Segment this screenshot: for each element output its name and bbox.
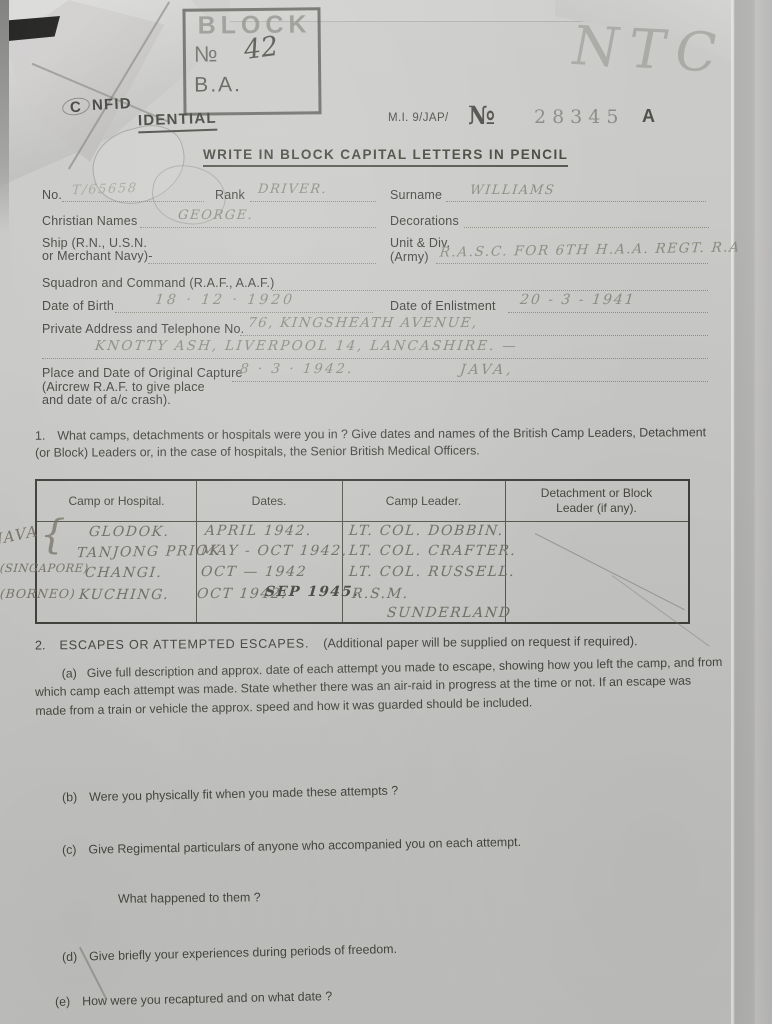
confidential-stamp-part2: IDENTIAL	[138, 110, 217, 134]
subquestion-e-text: How were you recaptured and on what date…	[82, 989, 332, 1008]
subquestion-b-label: (b)	[62, 790, 77, 804]
left-edge-shadow	[0, 0, 9, 235]
field-capture-date-value: 8 · 3 · 1942.	[239, 361, 355, 377]
field-rank-label: Rank	[215, 188, 245, 202]
field-christian-value: GEORGE.	[177, 208, 254, 223]
field-squadron-label: Squadron and Command (R.A.F., A.A.F.)	[42, 276, 275, 290]
camp-table: Camp or Hospital. Dates. Camp Leader. De…	[35, 479, 690, 624]
subquestion-d-text: Give briefly your experiences during per…	[89, 942, 397, 964]
field-line	[250, 200, 376, 202]
field-dob-value: 18 · 12 · 1920	[154, 292, 296, 308]
field-line	[148, 262, 376, 264]
question-1-text: What camps, detachments or hospitals wer…	[35, 425, 706, 460]
field-line	[42, 357, 708, 359]
field-decorations-label: Decorations	[390, 214, 459, 228]
field-ship-label-line2: or Merchant Navy)-	[42, 249, 153, 263]
confidential-stamp-part1: NFID	[92, 95, 133, 114]
field-enlistment-label: Date of Enlistment	[390, 299, 496, 313]
field-address-value-line1: 76, KINGSHEATH AVENUE,	[247, 315, 479, 331]
field-line	[232, 380, 708, 382]
field-dob-label: Date of Birth	[42, 299, 114, 313]
table-header-dates: Dates.	[196, 481, 342, 521]
field-christian-label: Christian Names	[42, 214, 137, 228]
table-header-divider	[37, 521, 688, 522]
field-surname-value: WILLIAMS	[469, 183, 556, 198]
subquestion-a-label: (a)	[62, 666, 77, 680]
table-row-4-leader: R.S.M.	[351, 586, 409, 602]
field-capture-note-line1: (Aircrew R.A.F. to give place	[42, 380, 205, 394]
field-unit-value: R.A.S.C. FOR 6TH H.A.A. REGT. R.A	[439, 239, 741, 260]
question-2-heading-row: 2.ESCAPES OR ATTEMPTED ESCAPES.(Addition…	[35, 634, 735, 653]
subquestion-a-text: Give full description and approx. date o…	[35, 655, 723, 718]
field-capture-label: Place and Date of Original Capture	[42, 366, 243, 380]
subquestion-e-label: (e)	[55, 995, 70, 1009]
field-unit-label-line2: (Army)	[390, 250, 429, 264]
table-row-4-leader-line2: SUNDERLAND	[386, 605, 512, 621]
field-no-value: T/65658	[71, 181, 138, 198]
pencil-scribble-ntc: NTC	[566, 14, 733, 85]
field-line	[508, 311, 708, 313]
field-line	[240, 334, 708, 336]
question-1-number: 1.	[35, 429, 45, 443]
field-line	[436, 262, 708, 264]
table-row-1-leader: LT. COL. DOBBIN.	[348, 523, 504, 539]
subquestion-d-label: (d)	[62, 950, 77, 964]
table-row-4-dates-emphasis: SEP 1945.	[264, 584, 360, 600]
field-ship-label-line1: Ship (R.N., U.S.N.	[42, 236, 147, 250]
table-row-3-camp: CHANGI.	[84, 565, 163, 581]
table-header-leader: Camp Leader.	[342, 481, 505, 521]
table-header-detachment: Detachment or Block Leader (if any).	[505, 481, 688, 521]
margin-note-singapore: (SINGAPORE)	[0, 561, 89, 575]
page-stack-right-edge	[731, 0, 772, 1024]
form-title: WRITE IN BLOCK CAPITAL LETTERS IN PENCIL	[203, 147, 568, 167]
mi9-no-label: №	[468, 101, 495, 130]
field-no-label: No.	[42, 188, 62, 202]
field-enlistment-value: 20 - 3 - 1941	[519, 292, 636, 308]
field-line	[272, 289, 708, 291]
block-stamp-org: B.A.	[194, 73, 242, 97]
confidential-stamp-c: C	[70, 99, 82, 117]
field-address-value-line2: KNOTTY ASH, LIVERPOOL 14, LANCASHIRE. —	[94, 338, 519, 354]
table-row-2-leader: LT. COL. CRAFTER.	[348, 543, 517, 559]
block-stamp-no-label: №	[194, 41, 219, 67]
field-line	[446, 200, 706, 202]
subquestion-a: (a)Give full description and approx. dat…	[35, 653, 724, 720]
table-row-2-dates: MAY - OCT 1942,	[200, 543, 348, 559]
strike-line	[535, 533, 685, 610]
scanned-pow-questionnaire: BLOCK № 42 B.A. NTC C NFID IDENTIAL M.I.…	[0, 0, 772, 1024]
subquestion-c-text: Give Regimental particulars of anyone wh…	[88, 835, 521, 857]
margin-note-java: JAVA	[0, 522, 39, 549]
margin-brace: {	[40, 512, 65, 558]
subquestion-c: (c)Give Regimental particulars of anyone…	[62, 835, 521, 857]
mi9-reference-prefix: M.I. 9/JAP/	[388, 112, 449, 124]
table-row-3-leader: LT. COL. RUSSELL.	[348, 564, 516, 580]
subquestion-b: (b)Were you physically fit when you made…	[62, 783, 398, 804]
question-2-heading-note: (Additional paper will be supplied on re…	[323, 634, 637, 650]
subquestion-b-text: Were you physically fit when you made th…	[89, 783, 398, 803]
subquestion-c-followup: What happened to them ?	[118, 890, 261, 905]
field-line	[140, 226, 376, 228]
table-row-4-camp: KUCHING.	[78, 587, 170, 603]
margin-note-borneo: (BORNEO)	[0, 586, 76, 601]
block-stamp-no-value: 42	[242, 31, 280, 66]
field-line	[464, 226, 709, 228]
question-1: 1.What camps, detachments or hospitals w…	[35, 424, 713, 462]
subquestion-c-followup-text: What happened to them ?	[118, 890, 261, 905]
field-address-label: Private Address and Telephone No.	[42, 322, 244, 336]
field-line	[115, 311, 373, 313]
table-row-1-camp: GLODOK.	[88, 524, 170, 540]
subquestion-d: (d)Give briefly your experiences during …	[62, 942, 397, 964]
field-capture-note-line2: and date of a/c crash).	[42, 393, 171, 407]
mi9-serial-number: 28345	[534, 106, 624, 128]
field-line	[62, 200, 204, 202]
table-row-3-dates: OCT — 1942	[200, 564, 307, 580]
block-number-stamp: BLOCK № 42 B.A.	[182, 7, 321, 115]
field-rank-value: DRIVER.	[257, 182, 328, 197]
mi9-suffix-letter: A	[642, 106, 655, 127]
field-capture-place-value: JAVA,	[459, 362, 514, 378]
question-2-number: 2.	[35, 638, 46, 652]
subquestion-e: (e)How were you recaptured and on what d…	[55, 989, 332, 1009]
field-surname-label: Surname	[390, 188, 442, 202]
question-2-heading: ESCAPES OR ATTEMPTED ESCAPES.	[59, 637, 309, 653]
subquestion-c-label: (c)	[62, 843, 77, 857]
table-row-1-dates: APRIL 1942.	[204, 523, 312, 539]
